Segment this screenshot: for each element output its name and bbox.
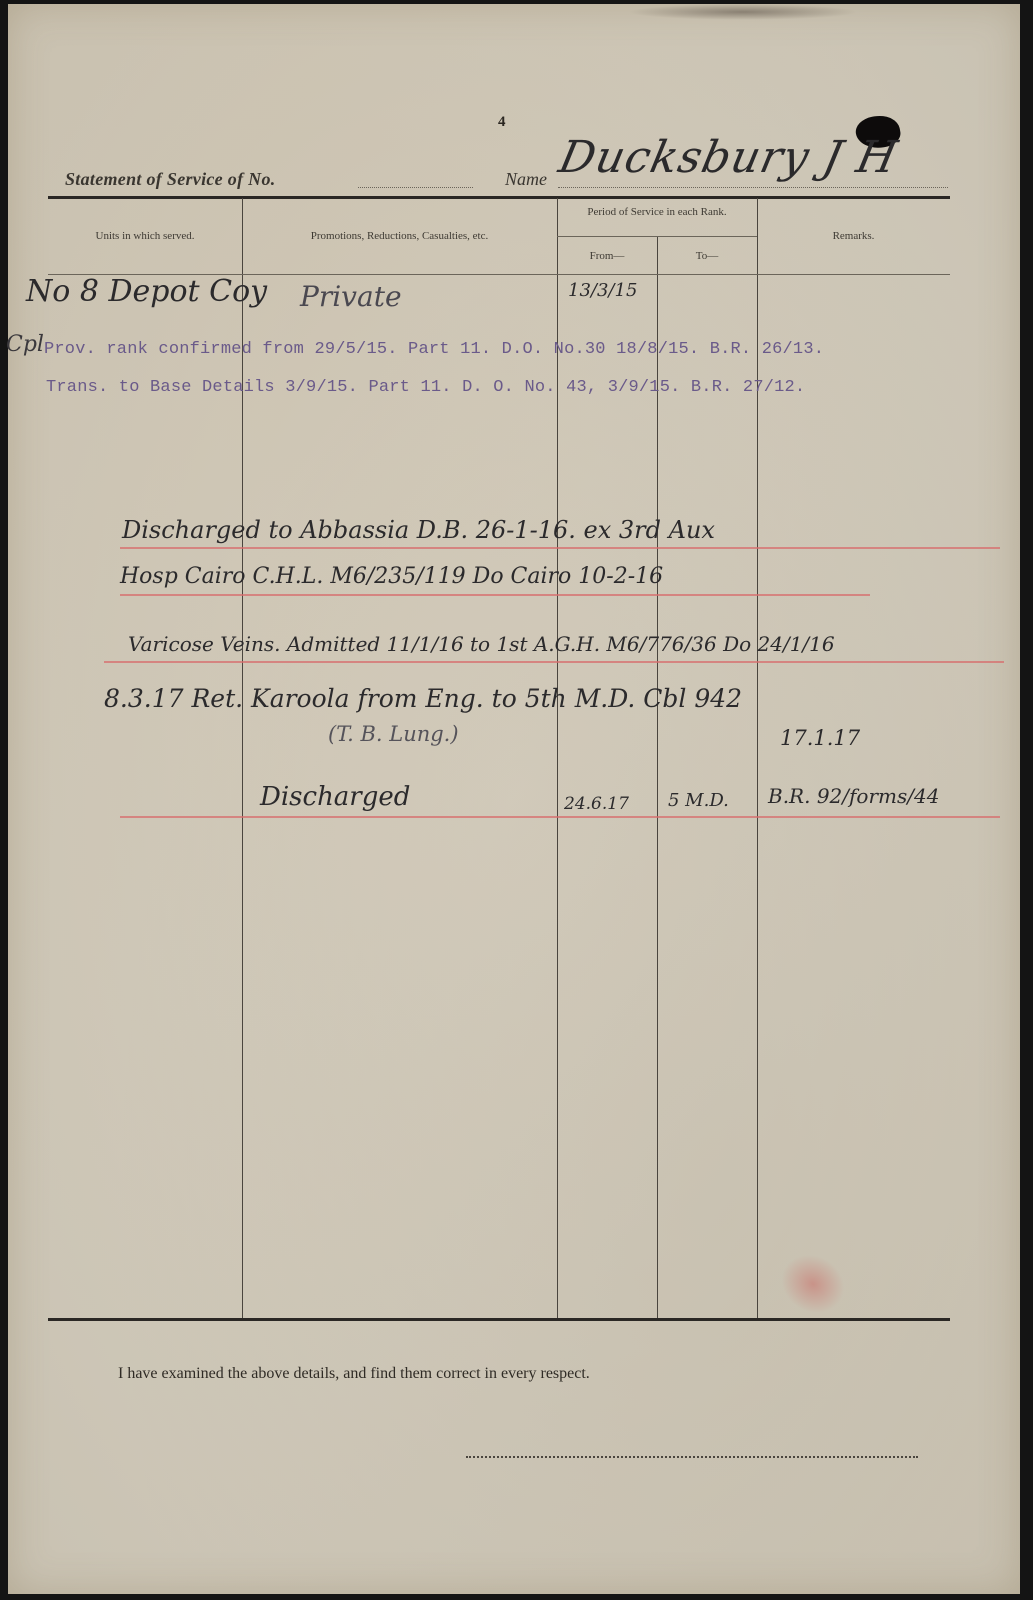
red-rule [120,816,1000,818]
signature-line [466,1456,918,1458]
column-divider [657,236,658,1318]
document-title: Statement of Service of No. [65,169,276,190]
service-record-page: 4 Statement of Service of No. Name Ducks… [8,4,1020,1594]
name-field-line [558,187,948,188]
period-subheader-rule [557,236,757,237]
handwritten-entry: Hosp Cairo C.H.L. M6/235/119 Do Cairo 10… [120,564,663,589]
stain [628,4,858,20]
header-to: To— [657,250,757,262]
typed-entry: Trans. to Base Details 3/9/15. Part 11. … [46,378,805,397]
typed-entry: Prov. rank confirmed from 29/5/15. Part … [44,340,824,359]
handwritten-entry: Discharged [260,782,410,812]
column-divider [557,198,558,1318]
header-units: Units in which served. [48,230,242,242]
table-bottom-rule [48,1318,950,1321]
name-value: Ducksbury J H [555,132,903,183]
service-number-field [358,187,473,188]
header-period: Period of Service in each Rank. [572,206,742,218]
header-promotions: Promotions, Reductions, Casualties, etc. [242,230,557,242]
handwritten-entry: 5 M.D. [668,790,729,811]
header-from: From— [557,250,657,262]
margin-note: Cpl [6,332,44,357]
column-divider [242,198,243,1318]
red-rule [120,547,1000,549]
red-rule [120,594,870,596]
column-divider [757,198,758,1318]
handwritten-entry: (T. B. Lung.) [328,722,459,746]
handwritten-entry: Discharged to Abbassia D.B. 26-1-16. ex … [122,516,715,544]
name-label: Name [505,169,547,190]
red-stamp-mark [768,1241,859,1328]
handwritten-entry: 8.3.17 Ret. Karoola from Eng. to 5th M.D… [104,684,742,713]
header-rule [48,196,950,199]
handwritten-entry: Varicose Veins. Admitted 11/1/16 to 1st … [128,632,835,656]
page-number: 4 [498,114,506,131]
handwritten-entry: 24.6.17 [564,794,629,814]
from-date-cell: 13/3/15 [568,280,637,301]
unit-cell: No 8 Depot Coy [26,274,267,309]
handwritten-entry: 17.1.17 [780,726,860,750]
handwritten-entry: B.R. 92/forms/44 [768,784,939,808]
header-remarks: Remarks. [757,230,950,242]
red-rule [104,661,1004,663]
certification-text: I have examined the above details, and f… [118,1365,590,1383]
rank-cell: Private [300,280,402,313]
